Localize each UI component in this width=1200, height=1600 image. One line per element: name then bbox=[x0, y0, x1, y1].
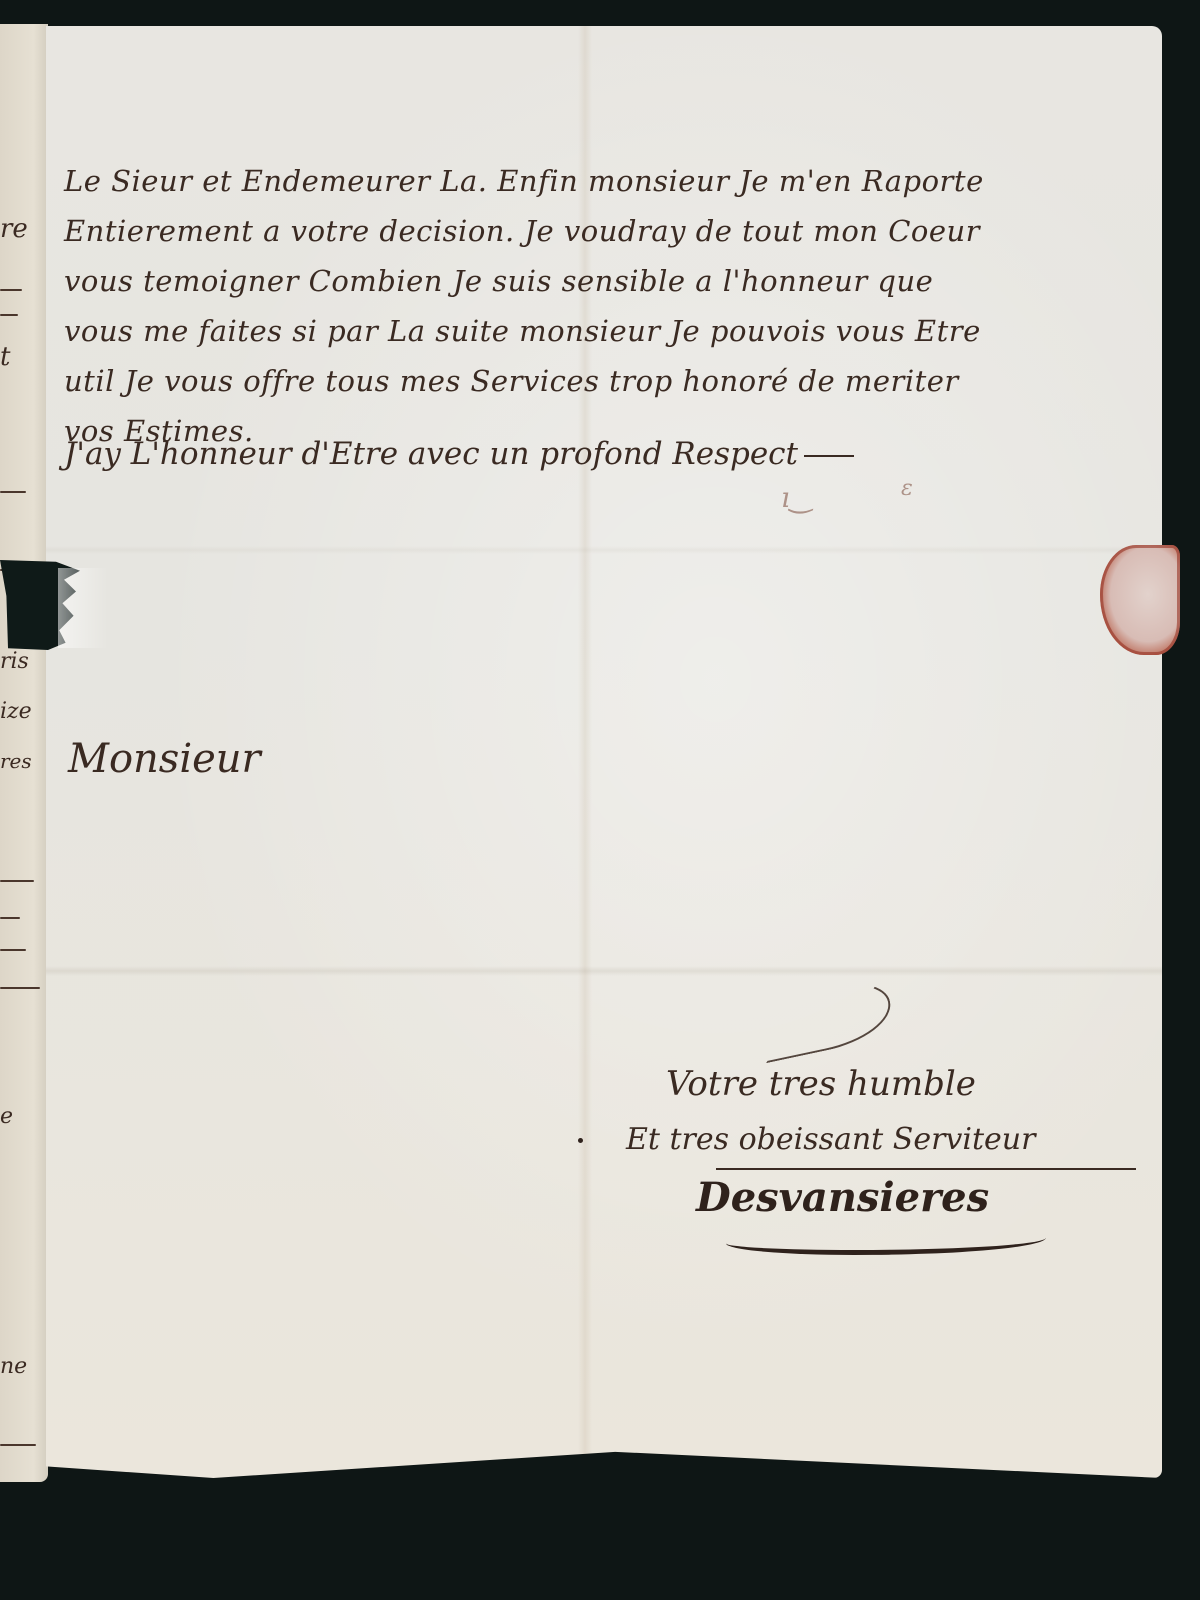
left-fragment: e bbox=[0, 1104, 13, 1129]
left-fragment: re bbox=[0, 214, 28, 244]
left-ink-stroke bbox=[0, 1444, 36, 1446]
salutation: Monsieur bbox=[68, 736, 261, 782]
faded-ink-mark: ɛ bbox=[901, 476, 913, 501]
left-ink-stroke bbox=[0, 289, 22, 291]
body-line: vous me faites si par La suite monsieur … bbox=[64, 306, 1144, 356]
letter-page: Le Sieur et Endemeurer La. Enfin monsieu… bbox=[46, 26, 1162, 1478]
left-ink-stroke bbox=[0, 314, 18, 316]
closing-flourish bbox=[804, 455, 854, 457]
signature-underline-flourish bbox=[726, 1226, 1046, 1255]
signature: Desvansieres bbox=[696, 1170, 1136, 1226]
left-fragment: ne bbox=[0, 1354, 27, 1379]
left-fragment: t bbox=[0, 342, 10, 372]
left-ink-stroke bbox=[0, 917, 20, 919]
signoff-line-1: Votre tres humble bbox=[666, 1056, 1136, 1112]
faded-ink-mark: ı‿ bbox=[781, 481, 812, 514]
body-line: util Je vous offre tous mes Services tro… bbox=[64, 356, 1144, 406]
torn-paper-fibers bbox=[58, 568, 108, 648]
horizontal-fold bbox=[46, 546, 1162, 554]
document-photo: re t ris ize res e ne Le Sieur et Endeme… bbox=[0, 0, 1200, 1600]
adjacent-page-strip: re t ris ize res e ne bbox=[0, 24, 48, 1482]
body-line: vous temoigner Combien Je suis sensible … bbox=[64, 256, 1144, 306]
letter-body: Le Sieur et Endemeurer La. Enfin monsieu… bbox=[64, 156, 1144, 456]
horizontal-fold bbox=[46, 966, 1162, 976]
left-ink-stroke bbox=[0, 880, 34, 882]
body-line: Entierement a votre decision. Je voudray… bbox=[64, 206, 1144, 256]
left-ink-stroke bbox=[0, 491, 26, 493]
signoff-line-2: Et tres obeissant Serviteur bbox=[626, 1112, 1136, 1168]
left-fragment: ris bbox=[0, 649, 29, 674]
left-ink-stroke bbox=[0, 987, 40, 989]
left-fragment: ize bbox=[0, 699, 32, 724]
left-fragment: res bbox=[0, 749, 32, 773]
closing-text: J'ay L'honneur d'Etre avec un profond Re… bbox=[64, 436, 798, 472]
signoff-block: Votre tres humble Et tres obeissant Serv… bbox=[626, 1056, 1136, 1255]
left-ink-stroke bbox=[0, 949, 26, 951]
signature-flourish bbox=[753, 973, 897, 1063]
ink-dot bbox=[578, 1138, 583, 1143]
body-line: Le Sieur et Endemeurer La. Enfin monsieu… bbox=[64, 156, 1144, 206]
closing-formula: J'ay L'honneur d'Etre avec un profond Re… bbox=[64, 436, 854, 472]
